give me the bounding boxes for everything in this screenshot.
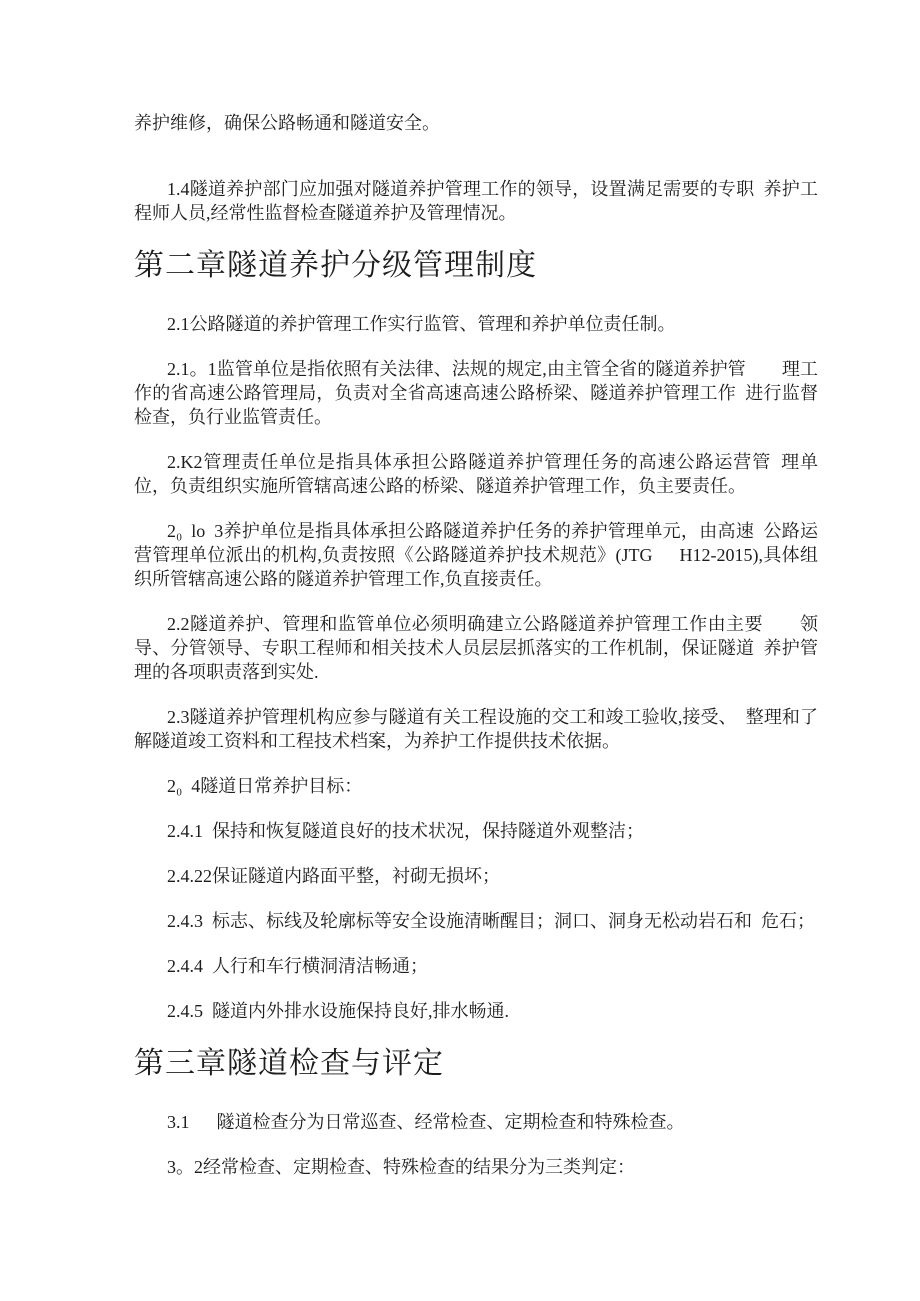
clause-2-k2: 2.K2管理责任单位是指具体承担公路隧道养护管理任务的高速公路运营管 理单位，负… <box>134 450 818 498</box>
clause-2-2: 2.2隧道养护、管理和监管单位必须明确建立公路隧道养护管理工作由主要 领导、分管… <box>134 612 818 684</box>
clause-2-4-1: 2.4.1 保持和恢复隧道良好的技术状况，保持隧道外观整洁； <box>134 819 818 843</box>
document-page: 养护维修，确保公路畅通和隧道安全。 1.4隧道养护部门应加强对隧道养护管理工作的… <box>134 0 818 1179</box>
clause-2-3: 2.3隧道养护管理机构应参与隧道有关工程设施的交工和竣工验收,接受、 整理和了解… <box>134 705 818 753</box>
continuation-paragraph: 养护维修，确保公路畅通和隧道安全。 <box>134 111 818 135</box>
clause-2-4-5: 2.4.5 隧道内外排水设施保持良好,排水畅通. <box>134 999 818 1023</box>
clause-2-1: 2.1公路隧道的养护管理工作实行监管、管理和养护单位责任制。 <box>134 312 818 336</box>
clause-1-4: 1.4隧道养护部门应加强对隧道养护管理工作的领导，设置满足需要的专职 养护工程师… <box>134 177 818 225</box>
chapter-2-heading: 第二章隧道养护分级管理制度 <box>134 246 818 286</box>
clause-2-4-3: 2.4.3 标志、标线及轮廓标等安全设施清晰醒目；洞口、洞身无松动岩石和 危石； <box>134 909 818 933</box>
clause-3-2: 3。2经常检查、定期检查、特殊检查的结果分为三类判定： <box>134 1155 818 1179</box>
clause-2-4-2: 2.4.22保证隧道内路面平整，衬砌无损坏； <box>134 864 818 888</box>
clause-2-4-intro: 2₀ 4隧道日常养护目标： <box>134 774 818 798</box>
clause-2-lo-3: 2₀ lo 3养护单位是指具体承担公路隧道养护任务的养护管理单元，由高速 公路运… <box>134 519 818 591</box>
clause-3-1: 3.1 隧道检查分为日常巡查、经常检查、定期检查和特殊检查。 <box>134 1110 818 1134</box>
clause-2-1-1: 2.1。1监管单位是指依照有关法律、法规的规定,由主管全省的隧道养护管 理工作的… <box>134 357 818 429</box>
chapter-3-heading: 第三章隧道检查与评定 <box>134 1044 818 1084</box>
clause-2-4-4: 2.4.4 人行和车行横洞清洁畅通； <box>134 954 818 978</box>
